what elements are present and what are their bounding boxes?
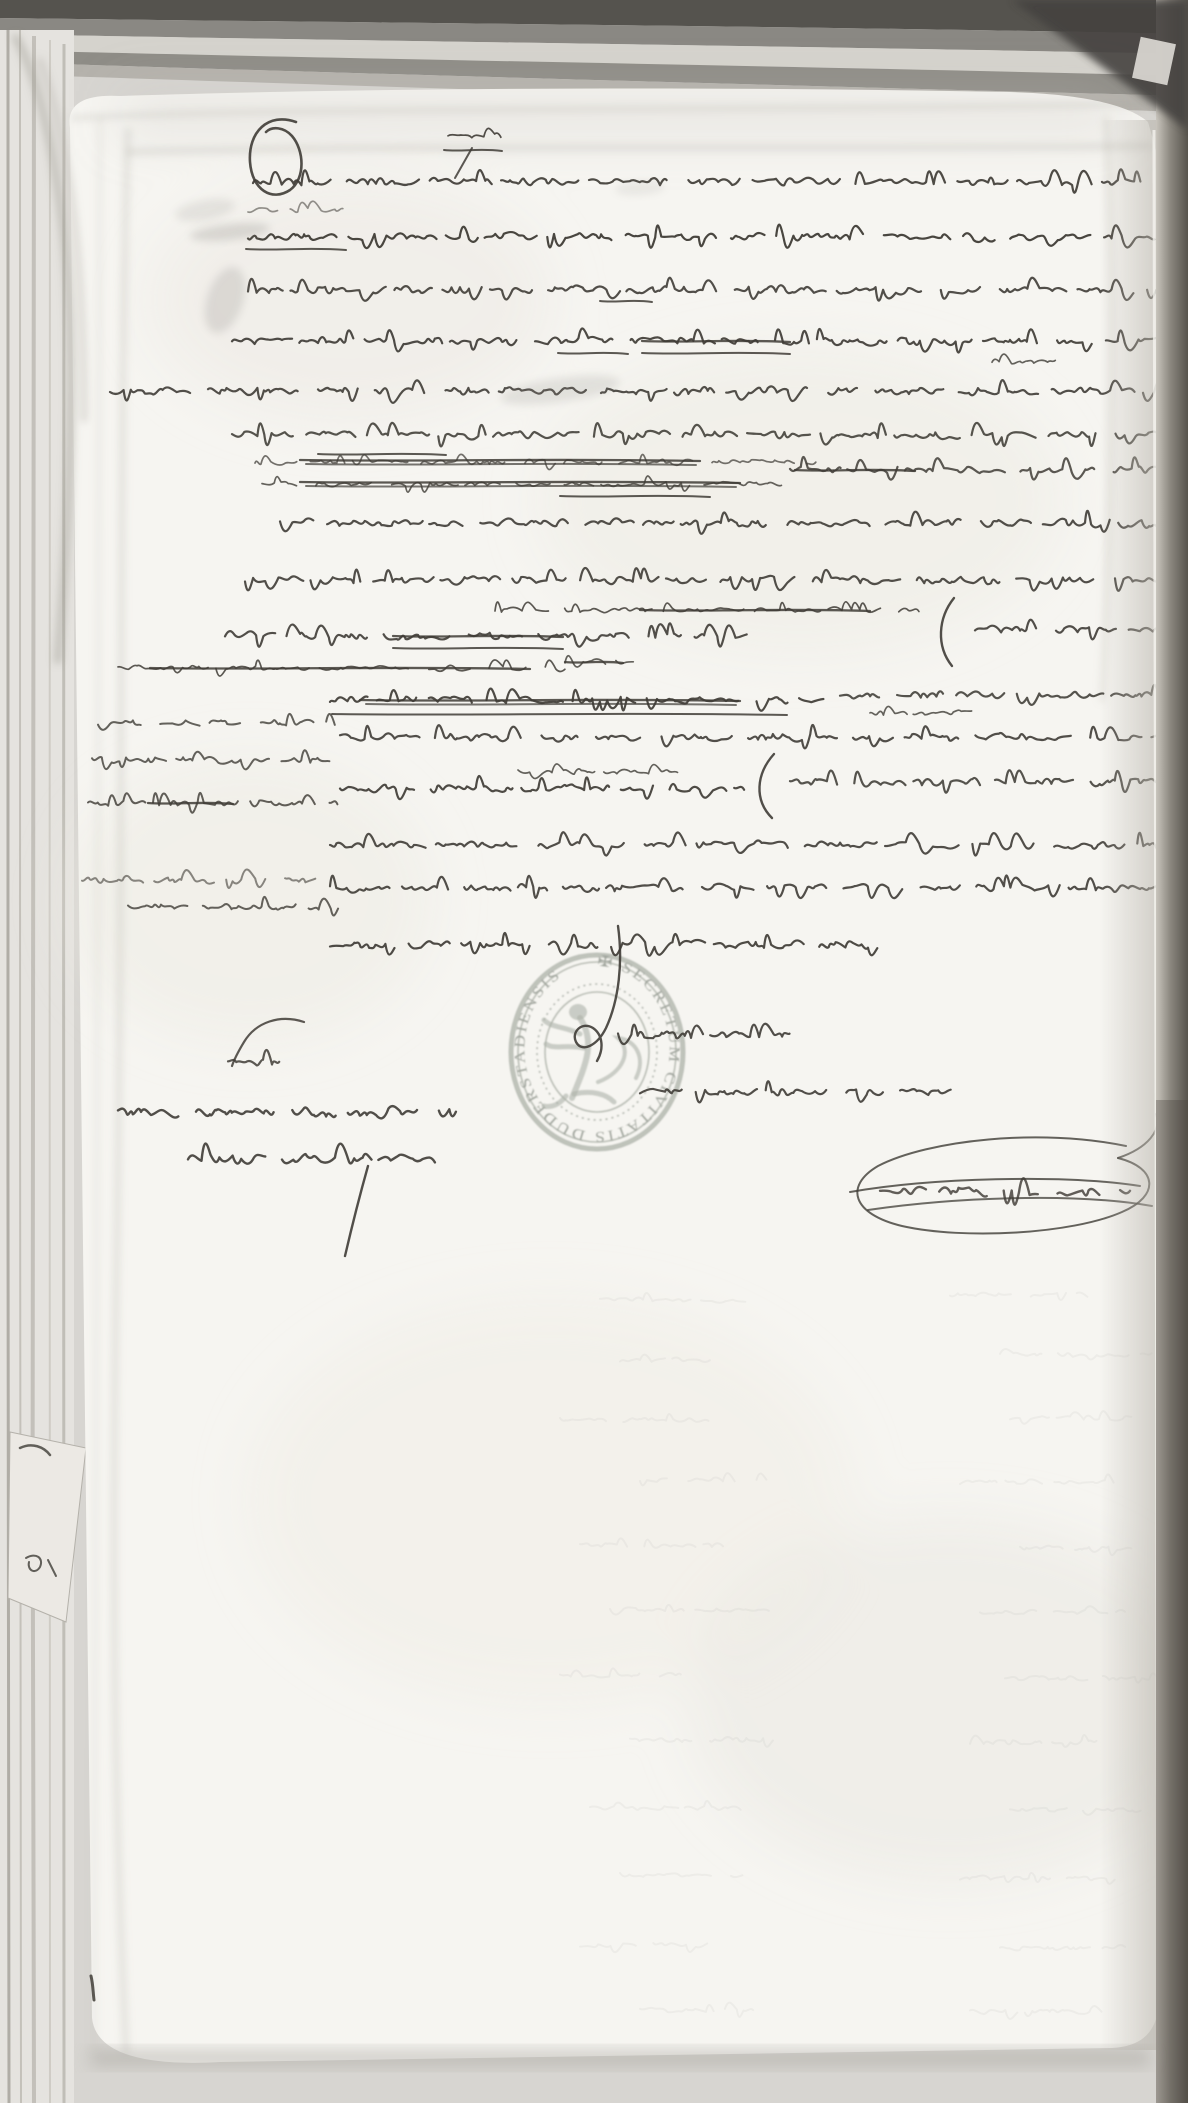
underline-mark [246,249,346,250]
strikethrough-mark [366,704,736,705]
strikethrough-mark [640,610,870,611]
underline-mark [600,301,652,302]
strikethrough-mark [360,700,740,701]
underline-mark [558,353,628,354]
manuscript-scan: ✠ SECRETUM CIVITATIS DUDERSTADIENSIS [0,0,1188,2103]
strikethrough-mark [306,486,736,487]
strikethrough-mark [642,341,790,342]
underline-mark [560,496,710,497]
strikethrough-mark [565,662,623,663]
underline-mark [318,454,446,455]
strikethrough-mark [300,460,700,461]
underline-mark [642,353,790,354]
manuscript-scan-page: ✠ SECRETUM CIVITATIS DUDERSTADIENSIS [0,0,1188,2103]
strikethrough-mark [393,636,563,637]
underline-mark [393,648,563,649]
strikethrough-mark [300,482,740,483]
underline-mark [332,714,787,715]
underline-mark [444,150,502,151]
strikethrough-mark [306,464,696,465]
strikethrough-mark [148,803,233,804]
page-bottom-shadow [90,2050,1150,2066]
page-curl-right [1100,0,1188,2103]
strikethrough-mark [795,470,915,471]
strikethrough-mark [150,668,530,669]
